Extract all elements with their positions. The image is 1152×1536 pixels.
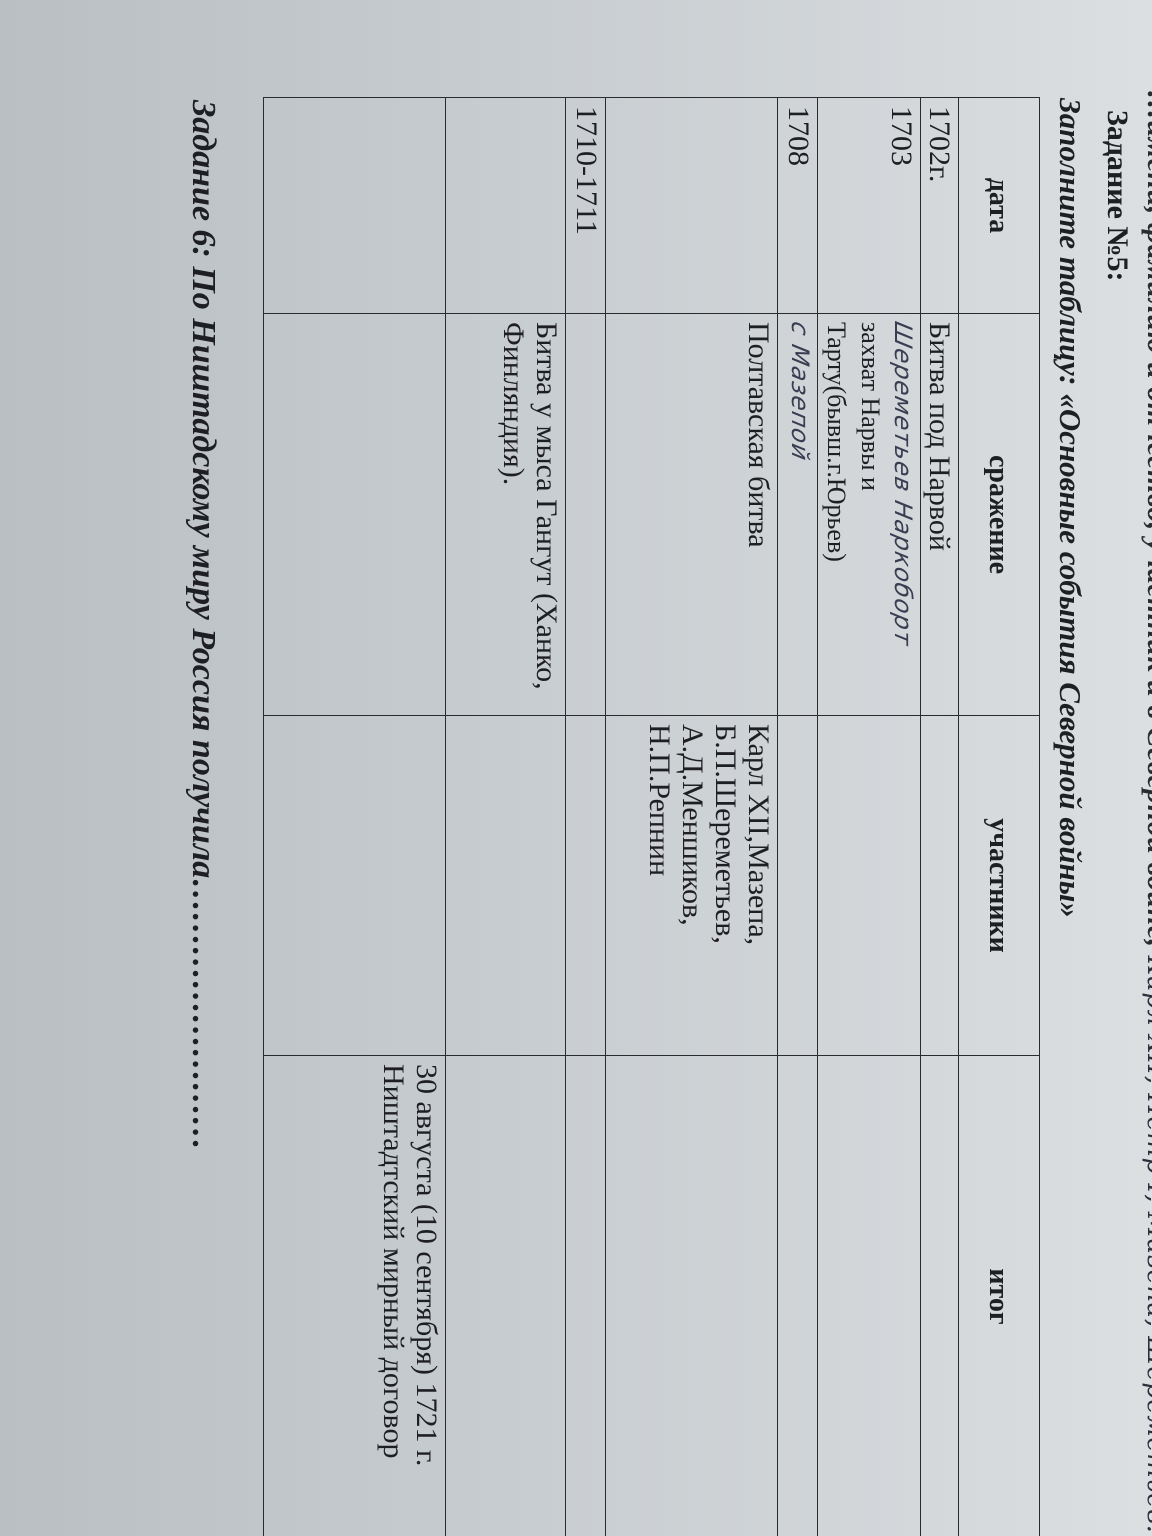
cell-date[interactable]: 1703 xyxy=(818,98,921,314)
battle-text: Битва под Нарвой xyxy=(923,322,956,551)
handwritten-answer: с Мазепой xyxy=(785,319,815,710)
cell-participants[interactable]: Карл XII,Мазепа, Б.П.Шереметьев, А.Д.Мен… xyxy=(606,716,778,1056)
cell-participants[interactable] xyxy=(264,716,446,1056)
cell-participants[interactable] xyxy=(921,716,959,1056)
handwritten-answer: Шереметьев Наркоборт xyxy=(888,319,918,710)
table-header-row: дата сражение участники итог xyxy=(959,98,1040,1536)
cell-battle[interactable]: с Мазепой xyxy=(778,314,818,716)
cell-date[interactable] xyxy=(446,98,566,314)
cell-result[interactable] xyxy=(818,1056,921,1536)
cell-result[interactable] xyxy=(606,1056,778,1536)
cell-date[interactable]: 1710-1711 xyxy=(566,98,606,314)
worksheet-page: …имени, фамилию и отчество, участник и в… xyxy=(0,0,1152,1536)
cell-result[interactable] xyxy=(778,1056,818,1536)
events-table: дата сражение участники итог 1702г. Битв… xyxy=(263,97,1040,1536)
table-row: 1708 с Мазепой xyxy=(778,98,818,1536)
battle-text: захват Нарвы и Тарту(бывш.г.Юрьев) xyxy=(822,322,885,562)
table-row: 1702г. Битва под Нарвой xyxy=(921,98,959,1536)
cell-result[interactable]: 30 августа (10 сентября) 1721 г. Ништадт… xyxy=(264,1056,446,1536)
header-battle: сражение xyxy=(959,314,1040,716)
header-participants: участники xyxy=(959,716,1040,1056)
table-row: 1710-1711 xyxy=(566,98,606,1536)
cell-battle[interactable]: Битва у мыса Гангут (Ханко, Финляндия). xyxy=(446,314,566,716)
cell-battle[interactable] xyxy=(264,314,446,716)
cell-result[interactable] xyxy=(921,1056,959,1536)
cell-date[interactable] xyxy=(606,98,778,314)
task5-instruction: Заполните таблицу: «Основные события Сев… xyxy=(1052,98,1088,918)
cell-date[interactable] xyxy=(264,98,446,314)
partial-handwritten-answer: Карл XII, Петр I, Мазепа, Шереметьев. xyxy=(1141,956,1152,1534)
cell-participants[interactable] xyxy=(818,716,921,1056)
cell-date[interactable]: 1708 xyxy=(778,98,818,314)
table-row: 1703 Шереметьев Наркоборт захват Нарвы и… xyxy=(818,98,921,1536)
cell-result[interactable] xyxy=(446,1056,566,1536)
header-result: итог xyxy=(959,1056,1040,1536)
partial-printed-text: …имени, фамилию и отчество, участник и в… xyxy=(1141,90,1152,948)
table-row: Битва у мыса Гангут (Ханко, Финляндия). xyxy=(446,98,566,1536)
task5-title: Задание №5: xyxy=(1100,110,1134,282)
partial-previous-line: …имени, фамилию и отчество, участник и в… xyxy=(1140,90,1152,1533)
table-row: Полтавская битва Карл XII,Мазепа, Б.П.Ше… xyxy=(606,98,778,1536)
cell-battle[interactable]: Полтавская битва xyxy=(606,314,778,716)
header-date: дата xyxy=(959,98,1040,314)
cell-participants[interactable] xyxy=(566,716,606,1056)
cell-participants[interactable] xyxy=(778,716,818,1056)
cell-battle[interactable]: Шереметьев Наркоборт захват Нарвы и Тарт… xyxy=(818,314,921,716)
table-row: 30 августа (10 сентября) 1721 г. Ништадт… xyxy=(264,98,446,1536)
cell-date[interactable]: 1702г. xyxy=(921,98,959,314)
cell-battle[interactable] xyxy=(566,314,606,716)
task6-prompt: Задание 6: По Ништадскому миру Россия по… xyxy=(184,100,222,1150)
cell-result[interactable] xyxy=(566,1056,606,1536)
cell-participants[interactable] xyxy=(446,716,566,1056)
cell-battle[interactable]: Битва под Нарвой xyxy=(921,314,959,716)
